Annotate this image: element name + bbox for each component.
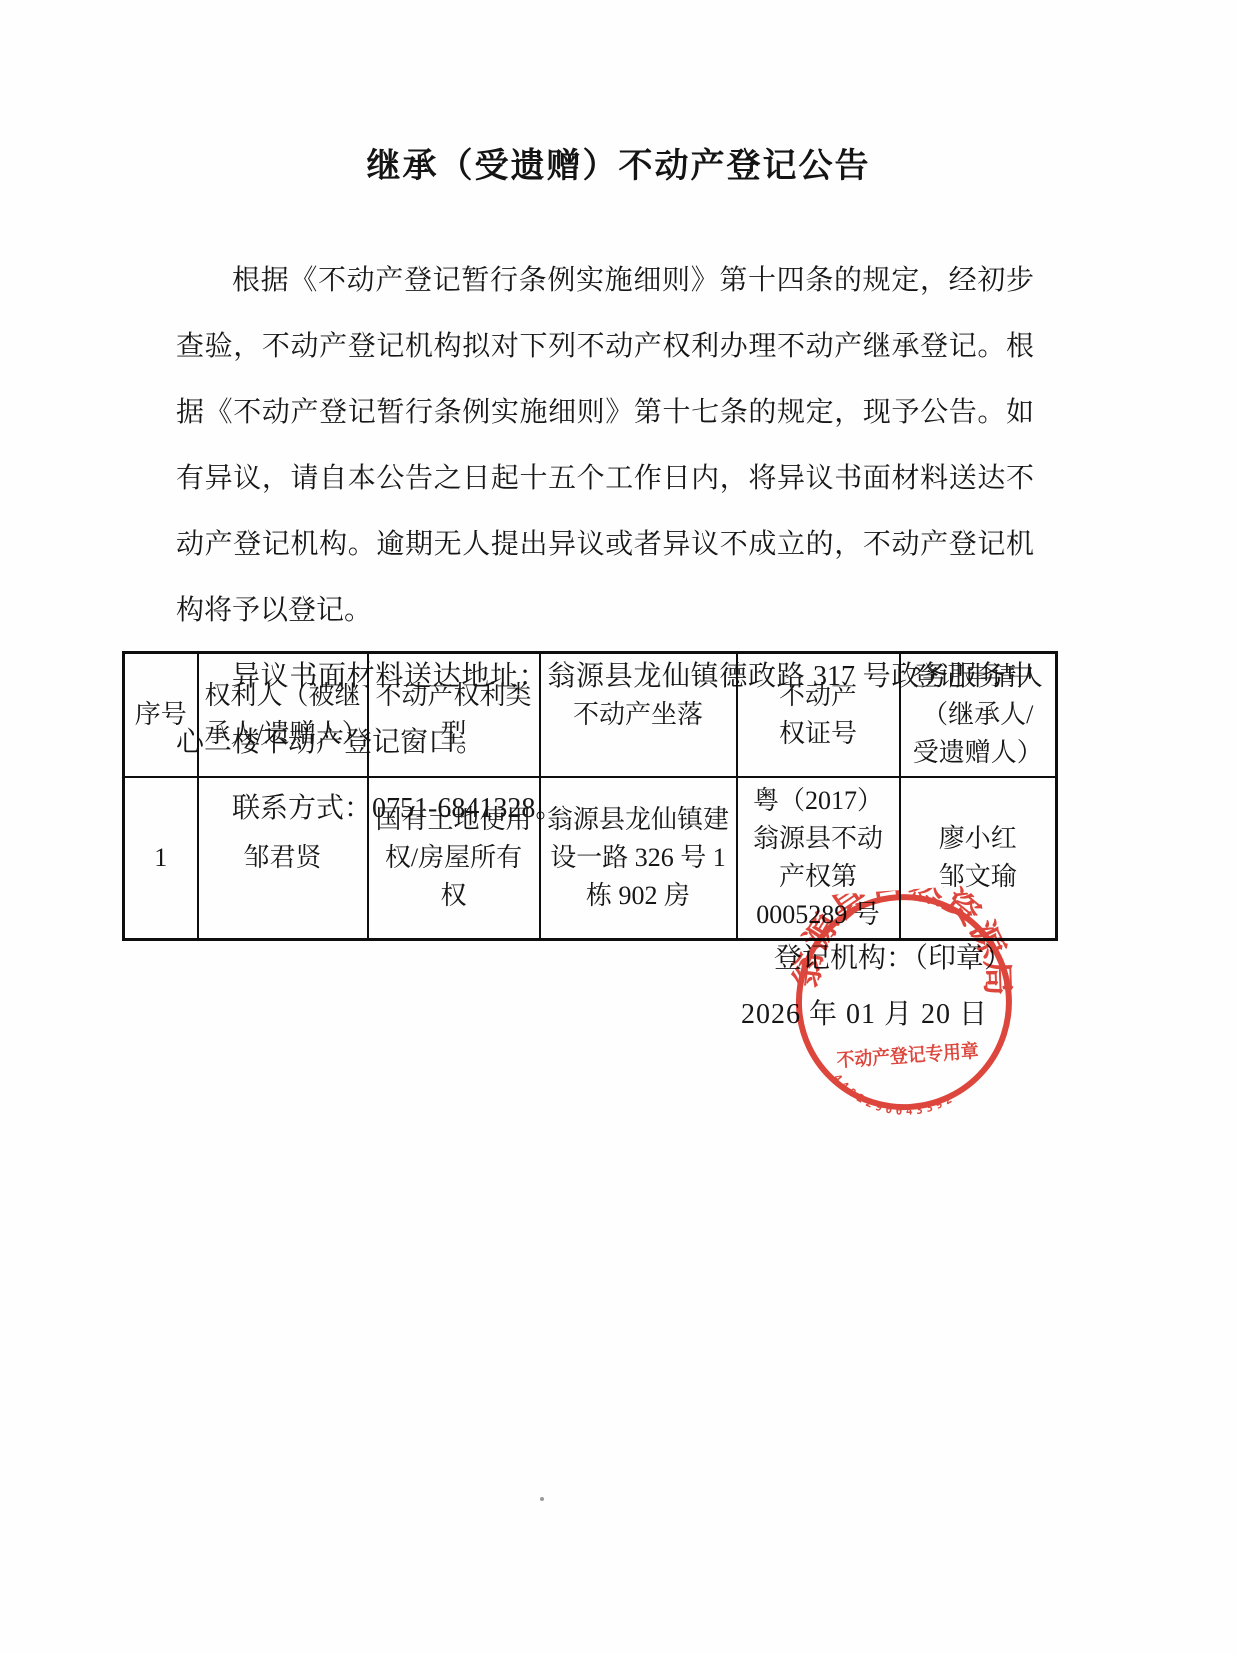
cell-applicants: 廖小红 邹文瑜 [900, 777, 1057, 940]
stamp-center-text: 不动产登记专用章 [836, 1039, 979, 1072]
svg-text:4402290043392: 4402290043392 [830, 1064, 959, 1123]
registry-label: 登记机构：（印章） [741, 936, 1012, 976]
header-location: 不动产坐落 [540, 653, 737, 778]
announcement-page: 继承（受遗赠）不动产登记公告 根据《不动产登记暂行条例实施细则》第十四条的规定，… [0, 0, 1237, 1654]
cell-seq: 1 [124, 777, 198, 940]
date-line: 2026 年 01 月 20 日 [741, 992, 988, 1032]
table-header-row: 序号 权利人（被继承人/遗赠人） 不动产权利类型 不动产坐落 不动产 权证号 登… [124, 653, 1057, 778]
paragraph-basis: 根据《不动产登记暂行条例实施细则》第十四条的规定，经初步查验，不动产登记机构拟对… [176, 248, 1034, 644]
cell-cert-no: 粤（2017）翁源县不动产权第 0005289 号 [737, 777, 900, 940]
header-right-type: 不动产权利类型 [368, 653, 540, 778]
header-applicant: 登记申请人 （继承人/ 受遗赠人） [900, 653, 1057, 778]
table-row: 1 邹君贤 国有土地使用权/房屋所有权 翁源县龙仙镇建设一路 326 号 1 栋… [124, 777, 1057, 940]
scan-artifact-dot [540, 1497, 544, 1501]
header-holder: 权利人（被继承人/遗赠人） [198, 653, 368, 778]
cell-location: 翁源县龙仙镇建设一路 326 号 1 栋 902 房 [540, 777, 737, 940]
page-title: 继承（受遗赠）不动产登记公告 [0, 138, 1237, 187]
registration-table: 序号 权利人（被继承人/遗赠人） 不动产权利类型 不动产坐落 不动产 权证号 登… [122, 651, 1058, 941]
signature-block: 登记机构：（印章） 2026 年 01 月 20 日 [741, 936, 1012, 1032]
stamp-serial: 4402290043392 [830, 1064, 959, 1123]
header-cert-no: 不动产 权证号 [737, 653, 900, 778]
header-seq: 序号 [124, 653, 198, 778]
cell-holder: 邹君贤 [198, 777, 368, 940]
cell-right-type: 国有土地使用权/房屋所有权 [368, 777, 540, 940]
